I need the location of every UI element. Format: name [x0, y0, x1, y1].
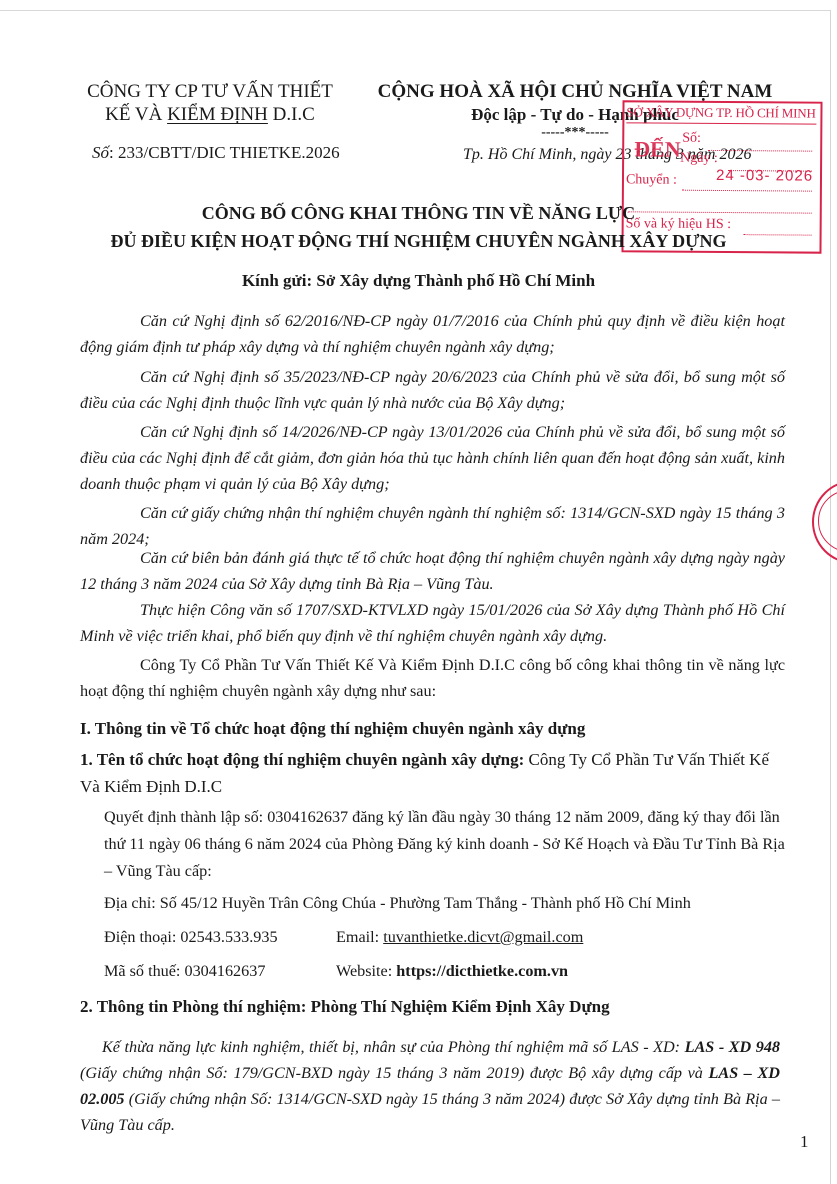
- company-header: CÔNG TY CP TƯ VẤN THIẾT KẾ VÀ KIỂM ĐỊNH …: [60, 80, 360, 126]
- email-field: Email: tuvanthietke.dicvt@gmail.com: [336, 928, 583, 947]
- lab-inheritance-paragraph: Kế thừa năng lực kinh nghiệm, thiết bị, …: [80, 1034, 780, 1138]
- address: Địa chỉ: Số 45/12 Huyền Trân Công Chúa -…: [104, 890, 794, 917]
- section-1-heading: I. Thông tin về Tổ chức hoạt động thí ng…: [80, 719, 585, 739]
- stamp-so-label: Số:: [682, 131, 701, 147]
- stamp-den: ĐẾN: [634, 136, 681, 162]
- document-title-line2: ĐỦ ĐIỀU KIỆN HOẠT ĐỘNG THÍ NGHIỆM CHUYÊN…: [0, 231, 837, 252]
- intro-paragraph: Công Ty Cổ Phần Tư Vấn Thiết Kế Và Kiểm …: [80, 652, 785, 704]
- tax-code: Mã số thuế: 0304162637: [104, 962, 265, 980]
- stamp-date-value: 24 -03- 2026: [716, 167, 813, 185]
- phone: Điện thoại: 02543.533.935: [104, 928, 278, 946]
- document-page: CÔNG TY CP TƯ VẤN THIẾT KẾ VÀ KIỂM ĐỊNH …: [0, 0, 837, 1184]
- legal-basis-3: Căn cứ Nghị định số 14/2026/NĐ-CP ngày 1…: [80, 419, 785, 497]
- website-field: Website: https://dicthietke.com.vn: [336, 962, 568, 981]
- legal-basis-1: Căn cứ Nghị định số 62/2016/NĐ-CP ngày 0…: [80, 308, 785, 360]
- email-link[interactable]: tuvanthietke.dicvt@gmail.com: [383, 928, 583, 946]
- stamp-ngay-label: Ngày :: [680, 151, 718, 167]
- website-link[interactable]: https://dicthietke.com.vn: [396, 962, 568, 980]
- stamp-dots: [682, 189, 812, 192]
- legal-basis-5: Căn cứ biên bản đánh giá thực tế tổ chức…: [80, 545, 785, 597]
- legal-basis-2: Căn cứ Nghị định số 35/2023/NĐ-CP ngày 2…: [80, 364, 785, 416]
- page-number: 1: [800, 1132, 809, 1152]
- establishment-decision: Quyết định thành lập số: 0304162637 đăng…: [104, 804, 794, 885]
- contact-row-2: Mã số thuế: 0304162637 Website: https://…: [104, 962, 265, 981]
- item-2-lab-info: 2. Thông tin Phòng thí nghiệm: Phòng Thí…: [80, 997, 610, 1017]
- item-1-org-name: 1. Tên tổ chức hoạt động thí nghiệm chuy…: [80, 746, 785, 800]
- stamp-chuyen-label: Chuyển :: [626, 172, 677, 188]
- document-number: Số: 233/CBTT/DIC THIETKE.2026: [92, 143, 340, 163]
- document-title-line1: CÔNG BỐ CÔNG KHAI THÔNG TIN VỀ NĂNG LỰC: [0, 203, 837, 224]
- stamp-header: SỞ XÂY DỰNG TP. HỒ CHÍ MINH: [626, 104, 816, 124]
- company-name-line1: CÔNG TY CP TƯ VẤN THIẾT: [60, 80, 360, 103]
- company-name-line2: KẾ VÀ KIỂM ĐỊNH D.I.C: [60, 103, 360, 126]
- stamp-dots: [708, 149, 812, 152]
- contact-row-1: Điện thoại: 02543.533.935 Email: tuvanth…: [104, 928, 278, 947]
- legal-basis-6: Thực hiện Công văn số 1707/SXD-KTVLXD ng…: [80, 597, 785, 649]
- page-edge-top: [0, 10, 830, 11]
- page-edge-right: [830, 10, 831, 1184]
- recipient: Kính gửi: Sở Xây dựng Thành phố Hồ Chí M…: [0, 271, 837, 291]
